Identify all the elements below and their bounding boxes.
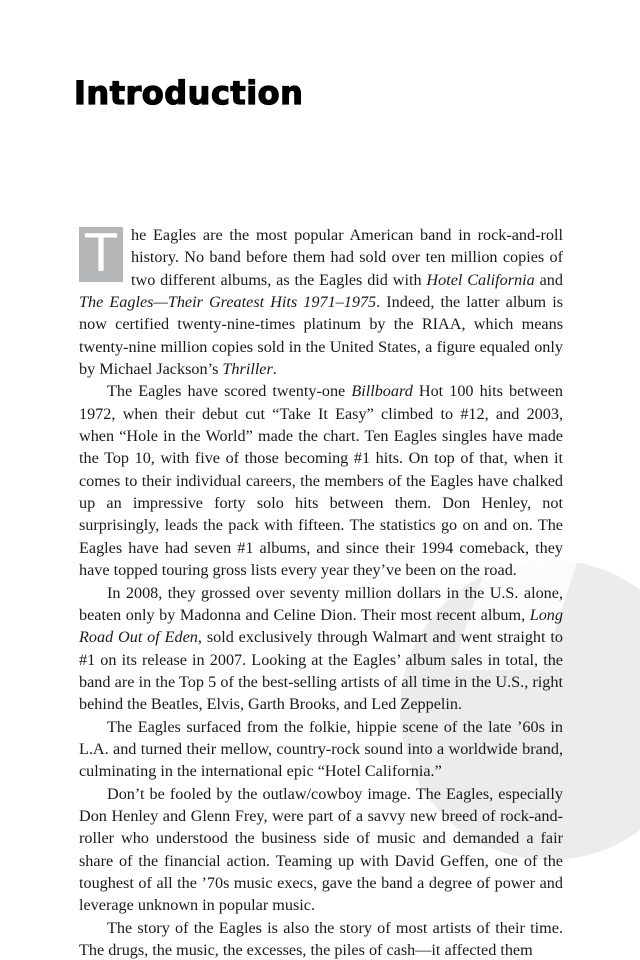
album-title: Thriller [222,360,272,378]
page-title: Introduction [74,74,303,112]
text-segment: The Eagles have scored twenty-one [107,382,351,400]
text-segment: . [273,360,277,378]
text-segment: The Eagles surfaced from the folkie, hip… [79,718,563,781]
text-segment: and [535,271,563,289]
paragraph-3: In 2008, they grossed over seventy milli… [79,582,563,716]
paragraph-5: Don’t be fooled by the outlaw/cowboy ima… [79,783,563,917]
text-segment: In 2008, they grossed over seventy milli… [79,584,563,624]
paragraph-2: The Eagles have scored twenty-one Billbo… [79,380,563,581]
album-title: The Eagles—Their Greatest Hits 1971–1975 [79,293,376,311]
paragraph-4: The Eagles surfaced from the folkie, hip… [79,716,563,783]
album-title: Hotel California [426,271,534,289]
text-segment: Don’t be fooled by the outlaw/cowboy ima… [79,785,563,915]
body-text: The Eagles are the most popular American… [79,224,563,960]
paragraph-6: The story of the Eagles is also the stor… [79,917,563,960]
publication-title: Billboard [351,382,412,400]
dropcap: T [79,227,123,282]
text-segment: The story of the Eagles is also the stor… [79,919,563,959]
paragraph-1: The Eagles are the most popular American… [79,224,563,380]
text-segment: Hot 100 hits between 1972, when their de… [79,382,563,579]
